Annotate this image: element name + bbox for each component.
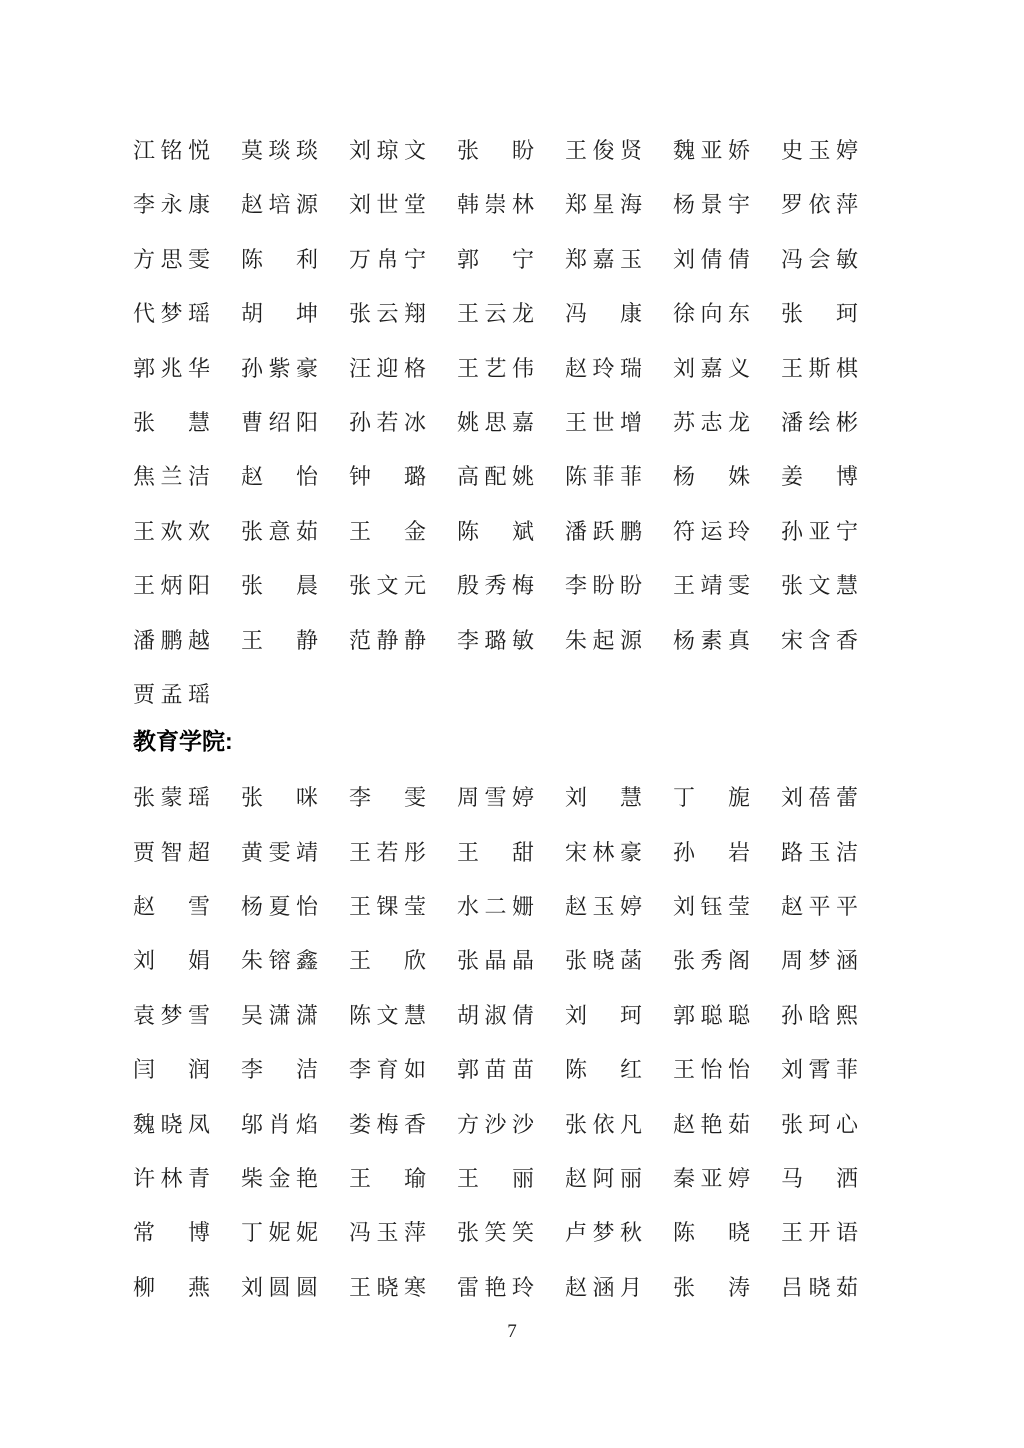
student-name: 潘绘彬 xyxy=(781,396,858,450)
student-name: 韩崇林 xyxy=(457,178,534,232)
student-name: 王怡怡 xyxy=(673,1043,750,1097)
student-name: 史玉婷 xyxy=(781,124,858,178)
student-name: 陈斌 xyxy=(457,505,534,559)
student-name: 陈红 xyxy=(565,1043,642,1097)
student-name: 刘倩倩 xyxy=(673,233,750,287)
student-name: 赵培源 xyxy=(241,178,318,232)
student-name: 张晓菡 xyxy=(565,934,642,988)
student-name: 王欣 xyxy=(349,934,426,988)
student-name: 赵艳茹 xyxy=(673,1098,750,1152)
student-name: 王静 xyxy=(241,614,318,668)
student-name: 潘鹏越 xyxy=(133,614,210,668)
student-name: 刘慧 xyxy=(565,771,642,825)
student-name: 王靖雯 xyxy=(673,559,750,613)
student-name: 赵涵月 xyxy=(565,1261,642,1315)
student-name: 许林青 xyxy=(133,1152,210,1206)
student-name: 范静静 xyxy=(349,614,426,668)
student-name: 潘跃鹏 xyxy=(565,505,642,559)
student-name: 马洒 xyxy=(781,1152,858,1206)
section-header-education-college: 教育学院: xyxy=(133,726,1024,756)
student-name: 周梦涵 xyxy=(781,934,858,988)
student-name: 姚思嘉 xyxy=(457,396,534,450)
student-name: 王艺伟 xyxy=(457,342,534,396)
student-name: 王云龙 xyxy=(457,287,534,341)
student-name: 李洁 xyxy=(241,1043,318,1097)
student-name: 赵玉婷 xyxy=(565,880,642,934)
student-name: 孙岩 xyxy=(673,826,750,880)
student-name: 代梦瑶 xyxy=(133,287,210,341)
student-name: 赵阿丽 xyxy=(565,1152,642,1206)
student-name: 张慧 xyxy=(133,396,210,450)
student-name: 黄雯靖 xyxy=(241,826,318,880)
name-list-top: 江铭悦莫琰琰刘琼文张盼王俊贤魏亚娇史玉婷李永康赵培源刘世堂韩崇林郑星海杨景宇罗依… xyxy=(133,124,875,722)
student-name: 魏亚娇 xyxy=(673,124,750,178)
student-name: 江铭悦 xyxy=(133,124,210,178)
student-name: 邬肖焰 xyxy=(241,1098,318,1152)
student-name: 路玉洁 xyxy=(781,826,858,880)
student-name: 王金 xyxy=(349,505,426,559)
student-name: 刘嘉义 xyxy=(673,342,750,396)
student-name: 符运玲 xyxy=(673,505,750,559)
student-name: 陈文慧 xyxy=(349,989,426,1043)
student-name: 胡淑倩 xyxy=(457,989,534,1043)
student-name: 钟璐 xyxy=(349,450,426,504)
student-name: 罗依萍 xyxy=(781,178,858,232)
student-name: 雷艳玲 xyxy=(457,1261,534,1315)
student-name: 苏志龙 xyxy=(673,396,750,450)
student-name: 赵平平 xyxy=(781,880,858,934)
student-name: 宋含香 xyxy=(781,614,858,668)
student-name: 王瑜 xyxy=(349,1152,426,1206)
student-name: 张盼 xyxy=(457,124,534,178)
student-name: 常博 xyxy=(133,1206,210,1260)
student-name: 刘娟 xyxy=(133,934,210,988)
student-name: 魏晓凤 xyxy=(133,1098,210,1152)
student-name: 卢梦秋 xyxy=(565,1206,642,1260)
student-name: 刘钰莹 xyxy=(673,880,750,934)
student-name: 李璐敏 xyxy=(457,614,534,668)
student-name: 孙紫豪 xyxy=(241,342,318,396)
student-name: 宋林豪 xyxy=(565,826,642,880)
student-name: 张笑笑 xyxy=(457,1206,534,1260)
student-name: 王世增 xyxy=(565,396,642,450)
student-name: 冯玉萍 xyxy=(349,1206,426,1260)
student-name: 贾智超 xyxy=(133,826,210,880)
student-name: 杨姝 xyxy=(673,450,750,504)
student-name: 娄梅香 xyxy=(349,1098,426,1152)
student-name: 闫润 xyxy=(133,1043,210,1097)
student-name: 张意茹 xyxy=(241,505,318,559)
student-name: 柳燕 xyxy=(133,1261,210,1315)
student-name: 杨夏怡 xyxy=(241,880,318,934)
student-name: 张依凡 xyxy=(565,1098,642,1152)
student-name: 曹绍阳 xyxy=(241,396,318,450)
student-name: 赵怡 xyxy=(241,450,318,504)
document-page: 江铭悦莫琰琰刘琼文张盼王俊贤魏亚娇史玉婷李永康赵培源刘世堂韩崇林郑星海杨景宇罗依… xyxy=(0,0,1024,1448)
student-name: 陈利 xyxy=(241,233,318,287)
student-name: 万帛宁 xyxy=(349,233,426,287)
student-name: 殷秀梅 xyxy=(457,559,534,613)
student-name: 刘珂 xyxy=(565,989,642,1043)
student-name: 方沙沙 xyxy=(457,1098,534,1152)
page-content: 江铭悦莫琰琰刘琼文张盼王俊贤魏亚娇史玉婷李永康赵培源刘世堂韩崇林郑星海杨景宇罗依… xyxy=(0,0,1024,1343)
page-number: 7 xyxy=(0,1321,1024,1343)
student-name: 张咪 xyxy=(241,771,318,825)
name-list-education-college: 张蒙瑶张咪李雯周雪婷刘慧丁旎刘蓓蕾贾智超黄雯靖王若彤王甜宋林豪孙岩路玉洁赵雪杨夏… xyxy=(133,771,875,1315)
student-name: 冯康 xyxy=(565,287,642,341)
student-name: 秦亚婷 xyxy=(673,1152,750,1206)
student-name: 王若彤 xyxy=(349,826,426,880)
student-name: 王锞莹 xyxy=(349,880,426,934)
student-name: 孙亚宁 xyxy=(781,505,858,559)
student-name: 郑嘉玉 xyxy=(565,233,642,287)
student-name: 赵玲瑞 xyxy=(565,342,642,396)
student-name: 朱起源 xyxy=(565,614,642,668)
student-name: 刘圆圆 xyxy=(241,1261,318,1315)
student-name: 张珂心 xyxy=(781,1098,858,1152)
student-name: 王开语 xyxy=(781,1206,858,1260)
student-name: 张珂 xyxy=(781,287,858,341)
student-name: 焦兰洁 xyxy=(133,450,210,504)
student-name: 袁梦雪 xyxy=(133,989,210,1043)
student-name: 张文慧 xyxy=(781,559,858,613)
student-name: 王欢欢 xyxy=(133,505,210,559)
student-name: 贾孟瑶 xyxy=(133,668,210,722)
student-name: 王俊贤 xyxy=(565,124,642,178)
student-name: 王晓寒 xyxy=(349,1261,426,1315)
student-name: 孙若冰 xyxy=(349,396,426,450)
student-name: 杨素真 xyxy=(673,614,750,668)
student-name: 张蒙瑶 xyxy=(133,771,210,825)
student-name: 张晶晶 xyxy=(457,934,534,988)
student-name: 杨景宇 xyxy=(673,178,750,232)
student-name: 徐向东 xyxy=(673,287,750,341)
student-name: 郭宁 xyxy=(457,233,534,287)
student-name: 李永康 xyxy=(133,178,210,232)
student-name: 丁旎 xyxy=(673,771,750,825)
student-name: 刘世堂 xyxy=(349,178,426,232)
student-name: 冯会敏 xyxy=(781,233,858,287)
student-name: 郭兆华 xyxy=(133,342,210,396)
student-name: 王甜 xyxy=(457,826,534,880)
student-name: 张涛 xyxy=(673,1261,750,1315)
student-name: 张晨 xyxy=(241,559,318,613)
student-name: 李雯 xyxy=(349,771,426,825)
student-name: 王炳阳 xyxy=(133,559,210,613)
student-name: 陈菲菲 xyxy=(565,450,642,504)
student-name: 柴金艳 xyxy=(241,1152,318,1206)
student-name: 汪迎格 xyxy=(349,342,426,396)
student-name: 姜博 xyxy=(781,450,858,504)
student-name: 李育如 xyxy=(349,1043,426,1097)
student-name: 刘琼文 xyxy=(349,124,426,178)
student-name: 张云翔 xyxy=(349,287,426,341)
student-name: 朱镕鑫 xyxy=(241,934,318,988)
student-name: 郭聪聪 xyxy=(673,989,750,1043)
student-name: 丁妮妮 xyxy=(241,1206,318,1260)
student-name: 张秀阁 xyxy=(673,934,750,988)
student-name: 吕晓茹 xyxy=(781,1261,858,1315)
student-name: 赵雪 xyxy=(133,880,210,934)
student-name: 吴潇潇 xyxy=(241,989,318,1043)
student-name: 刘蓓蕾 xyxy=(781,771,858,825)
student-name: 周雪婷 xyxy=(457,771,534,825)
student-name: 胡坤 xyxy=(241,287,318,341)
student-name: 陈晓 xyxy=(673,1206,750,1260)
student-name: 李盼盼 xyxy=(565,559,642,613)
student-name: 王丽 xyxy=(457,1152,534,1206)
student-name: 郑星海 xyxy=(565,178,642,232)
student-name: 方思雯 xyxy=(133,233,210,287)
student-name: 高配姚 xyxy=(457,450,534,504)
student-name: 刘霄菲 xyxy=(781,1043,858,1097)
student-name: 孙晗熙 xyxy=(781,989,858,1043)
student-name: 莫琰琰 xyxy=(241,124,318,178)
student-name: 张文元 xyxy=(349,559,426,613)
student-name: 王斯棋 xyxy=(781,342,858,396)
student-name: 郭苗苗 xyxy=(457,1043,534,1097)
student-name: 水二姗 xyxy=(457,880,534,934)
